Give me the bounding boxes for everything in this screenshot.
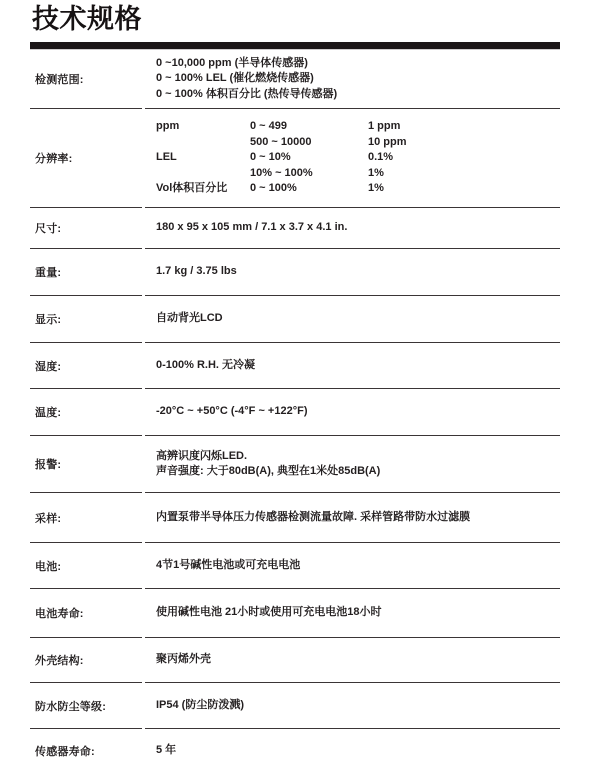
spec-value: 5 年 [145, 728, 560, 773]
spec-value-line: 内置泵带半导体压力传感器检测流量故障. 采样管路带防水过滤膜 [156, 510, 560, 526]
resolution-cell: 500 ~ 10000 [250, 135, 368, 151]
spec-row-dimensions: 尺寸: 180 x 95 x 105 mm / 7.1 x 3.7 x 4.1 … [30, 207, 560, 248]
resolution-cell [156, 135, 250, 151]
resolution-cell: 0.1% [368, 150, 560, 166]
spec-value: 1.7 kg / 3.75 lbs [145, 248, 560, 295]
spec-value: 4节1号碱性电池或可充电电池 [145, 542, 560, 588]
spec-label: 采样: [30, 492, 142, 542]
page-title: 技术规格 [30, 5, 560, 34]
spec-row-ip-rating: 防水防尘等级: IP54 (防尘防泼溅) [30, 682, 560, 728]
resolution-cell: 1% [368, 181, 560, 197]
spec-value: 使用碱性电池 21小时或使用可充电电池18小时 [145, 588, 560, 637]
spec-row-resolution: 分辨率: ppm 0 ~ 499 1 ppm 500 ~ 10000 10 pp… [30, 108, 560, 207]
spec-row-battery-life: 电池寿命: 使用碱性电池 21小时或使用可充电电池18小时 [30, 588, 560, 637]
resolution-grid: ppm 0 ~ 499 1 ppm 500 ~ 10000 10 ppm LEL… [156, 119, 560, 197]
resolution-cell: 10 ppm [368, 135, 560, 151]
spec-label: 传感器寿命: [30, 728, 142, 773]
title-rule [30, 42, 560, 50]
spec-row-temperature: 温度: -20°C ~ +50°C (-4°F ~ +122°F) [30, 388, 560, 435]
spec-label: 电池寿命: [30, 588, 142, 637]
spec-value: 高辨识度闪烁LED. 声音强度: 大于80dB(A), 典型在1米处85dB(A… [145, 435, 560, 492]
spec-value: 0-100% R.H. 无冷凝 [145, 342, 560, 388]
resolution-cell: 10% ~ 100% [250, 166, 368, 182]
resolution-cell: 0 ~ 100% [250, 181, 368, 197]
spec-label: 显示: [30, 295, 142, 342]
spec-value: 聚丙烯外壳 [145, 637, 560, 682]
spec-value-line: 声音强度: 大于80dB(A), 典型在1米处85dB(A) [156, 464, 560, 480]
spec-label: 温度: [30, 388, 142, 435]
spec-value: IP54 (防尘防泼溅) [145, 682, 560, 728]
spec-value-line: 0 ~10,000 ppm (半导体传感器) [156, 56, 560, 72]
spec-value: 0 ~10,000 ppm (半导体传感器) 0 ~ 100% LEL (催化燃… [145, 50, 560, 108]
spec-value-line: 1.7 kg / 3.75 lbs [156, 264, 560, 280]
spec-label: 重量: [30, 248, 142, 295]
spec-row-display: 显示: 自动背光LCD [30, 295, 560, 342]
spec-value: 180 x 95 x 105 mm / 7.1 x 3.7 x 4.1 in. [145, 207, 560, 248]
spec-value-line: 4节1号碱性电池或可充电电池 [156, 558, 560, 574]
spec-value-line: 自动背光LCD [156, 311, 560, 327]
resolution-cell: 0 ~ 499 [250, 119, 368, 135]
resolution-cell: Vol体积百分比 [156, 181, 250, 197]
spec-row-battery: 电池: 4节1号碱性电池或可充电电池 [30, 542, 560, 588]
spec-label: 防水防尘等级: [30, 682, 142, 728]
spec-row-weight: 重量: 1.7 kg / 3.75 lbs [30, 248, 560, 295]
spec-value: 内置泵带半导体压力传感器检测流量故障. 采样管路带防水过滤膜 [145, 492, 560, 542]
spec-value: ppm 0 ~ 499 1 ppm 500 ~ 10000 10 ppm LEL… [145, 108, 560, 207]
spec-row-sensor-life: 传感器寿命: 5 年 [30, 728, 560, 773]
spec-value-line: 0 ~ 100% LEL (催化燃烧传感器) [156, 71, 560, 87]
spec-sheet-page: 技术规格 检测范围: 0 ~10,000 ppm (半导体传感器) 0 ~ 10… [0, 0, 597, 773]
resolution-cell: 1 ppm [368, 119, 560, 135]
resolution-cell: 0 ~ 10% [250, 150, 368, 166]
spec-value-line: 聚丙烯外壳 [156, 652, 560, 668]
spec-row-housing: 外壳结构: 聚丙烯外壳 [30, 637, 560, 682]
spec-table: 检测范围: 0 ~10,000 ppm (半导体传感器) 0 ~ 100% LE… [30, 50, 560, 773]
spec-label: 报警: [30, 435, 142, 492]
spec-value-line: 180 x 95 x 105 mm / 7.1 x 3.7 x 4.1 in. [156, 220, 560, 236]
spec-value-line: 0-100% R.H. 无冷凝 [156, 358, 560, 374]
resolution-cell: 1% [368, 166, 560, 182]
resolution-cell: LEL [156, 150, 250, 166]
spec-value-line: 5 年 [156, 743, 560, 759]
resolution-cell [156, 166, 250, 182]
spec-value: 自动背光LCD [145, 295, 560, 342]
spec-label: 检测范围: [30, 50, 142, 108]
spec-label: 尺寸: [30, 207, 142, 248]
resolution-cell: ppm [156, 119, 250, 135]
spec-row-detection-range: 检测范围: 0 ~10,000 ppm (半导体传感器) 0 ~ 100% LE… [30, 50, 560, 108]
spec-value-line: 使用碱性电池 21小时或使用可充电电池18小时 [156, 605, 560, 621]
spec-row-sampling: 采样: 内置泵带半导体压力传感器检测流量故障. 采样管路带防水过滤膜 [30, 492, 560, 542]
spec-label: 外壳结构: [30, 637, 142, 682]
spec-value: -20°C ~ +50°C (-4°F ~ +122°F) [145, 388, 560, 435]
spec-label: 电池: [30, 542, 142, 588]
spec-label: 湿度: [30, 342, 142, 388]
spec-row-humidity: 湿度: 0-100% R.H. 无冷凝 [30, 342, 560, 388]
spec-value-line: 高辨识度闪烁LED. [156, 449, 560, 465]
spec-value-line: IP54 (防尘防泼溅) [156, 698, 560, 714]
spec-value-line: -20°C ~ +50°C (-4°F ~ +122°F) [156, 404, 560, 420]
spec-label: 分辨率: [30, 108, 142, 207]
spec-value-line: 0 ~ 100% 体积百分比 (热传导传感器) [156, 87, 560, 103]
spec-row-alarm: 报警: 高辨识度闪烁LED. 声音强度: 大于80dB(A), 典型在1米处85… [30, 435, 560, 492]
